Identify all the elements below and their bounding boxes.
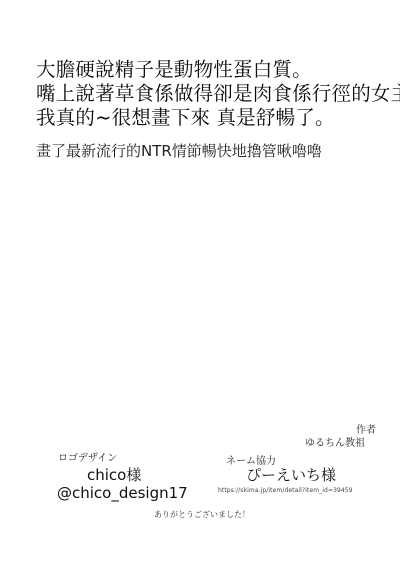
logo-design-label: ロゴデザイン xyxy=(58,453,117,465)
main-text-line-2: 嘴上說著草食係做得卻是肉食係行徑的女主 xyxy=(36,82,400,106)
name-cooperation-name: ぴーえいち様 xyxy=(246,466,336,484)
thanks-text: ありがとうございました！ xyxy=(154,510,250,520)
logo-designer-name: chico様 xyxy=(87,466,141,484)
author-label: 作者 xyxy=(356,425,376,437)
logo-designer-handle: @chico_design17 xyxy=(57,484,188,502)
sub-text-line: 畫了最新流行的NTR情節暢快地擼管啾嚕嚕 xyxy=(36,142,322,160)
main-text-line-1: 大膽硬說精子是動物性蛋白質。 xyxy=(36,58,312,82)
skima-url: https://skima.jp/item/detail?item_id=394… xyxy=(218,487,353,495)
author-name: ゆるちん教祖 xyxy=(305,438,365,450)
main-text-line-3: 我真的~很想畫下來 真是舒暢了。 xyxy=(36,106,335,130)
